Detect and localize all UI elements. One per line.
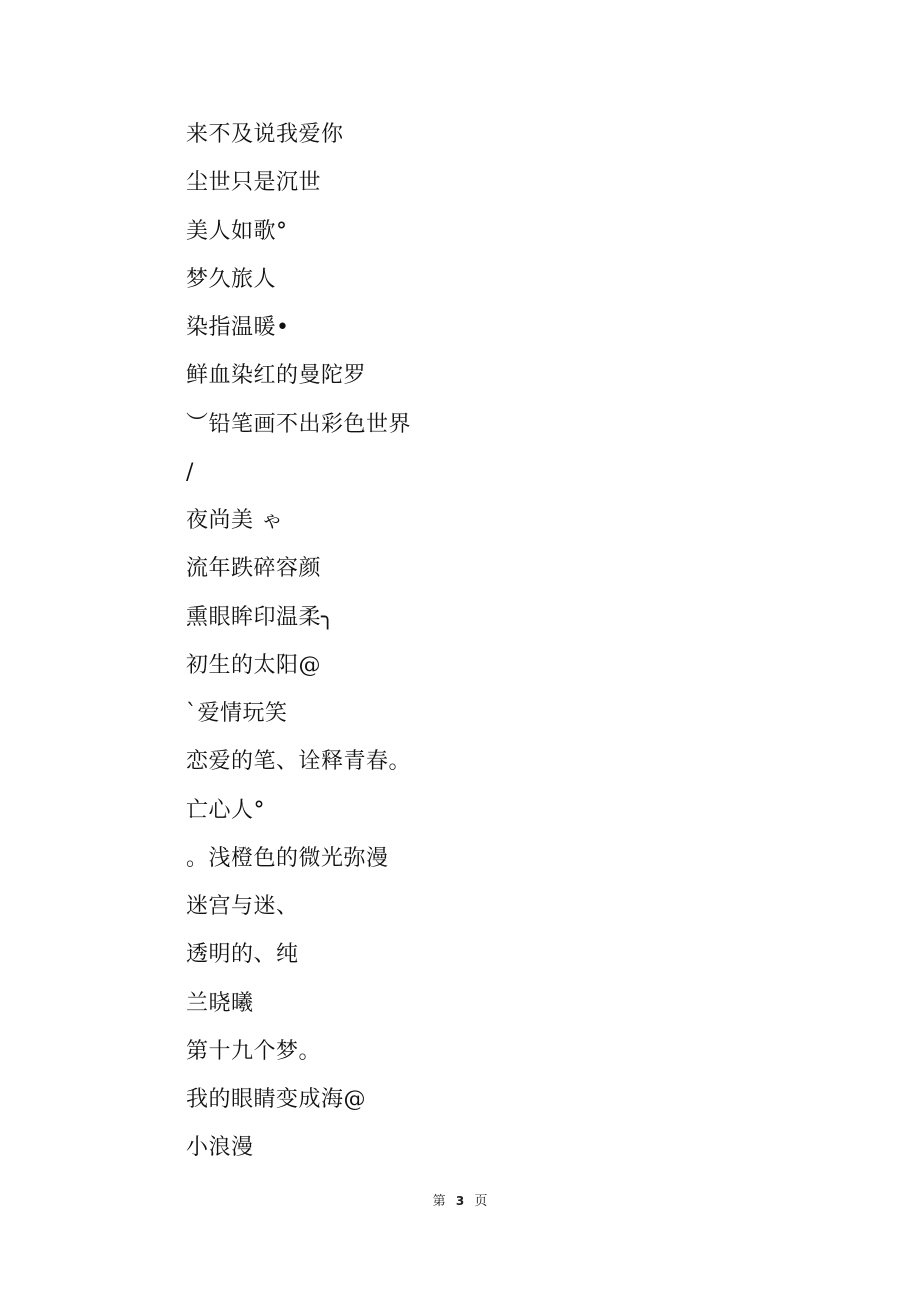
text-line: 美人如歌° xyxy=(186,208,411,256)
text-line: 流年跌碎容颜 xyxy=(186,545,411,593)
page-label-prefix: 第 xyxy=(433,1194,446,1209)
text-line: 。浅橙色的微光弥漫 xyxy=(186,835,411,883)
text-line: 初生的太阳@ xyxy=(186,642,411,690)
text-line: 来不及说我爱你 xyxy=(186,111,411,159)
text-line: 鲜血染红的曼陀罗 xyxy=(186,352,411,400)
text-line: 恋爱的笔、诠释青春。 xyxy=(186,738,411,786)
text-line: 透明的、纯 xyxy=(186,931,411,979)
text-line: 兰晓曦 xyxy=(186,980,411,1028)
text-line: / xyxy=(186,449,411,497)
document-page: 来不及说我爱你 尘世只是沉世 美人如歌° 梦久旅人 染指温暖• 鲜血染红的曼陀罗… xyxy=(0,0,920,1302)
text-lines: 来不及说我爱你 尘世只是沉世 美人如歌° 梦久旅人 染指温暖• 鲜血染红的曼陀罗… xyxy=(186,111,411,1173)
page-label-suffix: 页 xyxy=(474,1194,487,1209)
text-line: 尘世只是沉世 xyxy=(186,159,411,207)
text-line: `爱情玩笑 xyxy=(186,690,411,738)
text-line: 染指温暖• xyxy=(186,304,411,352)
page-footer: 第 3 页 xyxy=(0,1190,920,1209)
text-line: 夜尚美 ゃ xyxy=(186,497,411,545)
text-line: 迷宫与迷、 xyxy=(186,883,411,931)
text-line: 第十九个梦。 xyxy=(186,1028,411,1076)
text-line: 我的眼睛变成海@ xyxy=(186,1076,411,1124)
page-number: 3 xyxy=(456,1194,464,1208)
text-line: 亡心人° xyxy=(186,787,411,835)
text-line: 熏眼眸印温柔╮ xyxy=(186,594,411,642)
text-line: 梦久旅人 xyxy=(186,256,411,304)
text-line: ︶铅笔画不出彩色世界 xyxy=(186,401,411,449)
text-line: 小浪漫 xyxy=(186,1124,411,1172)
